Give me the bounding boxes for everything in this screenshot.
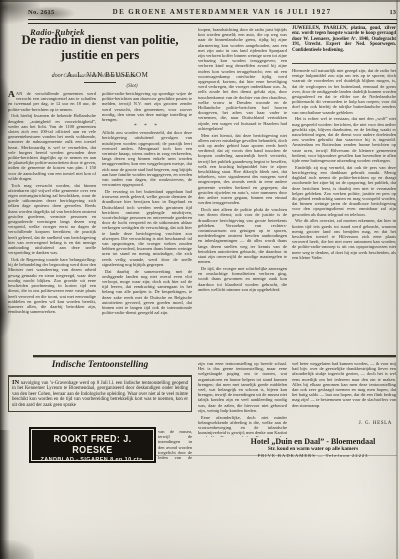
paragraph: Ook de Regeering toonde hare belangstell…: [8, 257, 96, 314]
paragraph: Doch niet alleen de politie plukt de vru…: [198, 207, 287, 264]
masthead: DE GROENE AMSTERDAMMER VAN 16 JULI 1927: [55, 8, 390, 16]
paragraph: politie-radio-berichtgeving op spoedige …: [102, 91, 192, 122]
indische-lead-box: IN navolging van ’s-Gravenhage werd op 8…: [8, 375, 192, 412]
byline: door A. L. VAN BEUSEKOM: [8, 64, 192, 82]
page-header: No. 2615 DE GROENE AMSTERDAMMER VAN 16 J…: [28, 8, 396, 16]
paragraph: van de musea, terwijl de inzendingen in …: [158, 429, 192, 459]
paragraph: Dat daarbij de samenwerking met de omlig…: [102, 269, 192, 316]
indische-column-3: zijn van eene tentoonstelling op breede …: [198, 361, 287, 437]
indische-column-4: wel beter weggelaten had kunnen worden, …: [292, 361, 396, 419]
section-divider-rule: [33, 355, 396, 357]
body-column-1: AAN de verschillende gemeenten werd verz…: [8, 91, 96, 352]
paragraph: Toch mag verwacht worden, dat binnen afz…: [8, 183, 96, 256]
hotel-ad-name: Hotel „Duin en Daal” - Bloemendaal: [236, 437, 390, 446]
column-separator: * * *: [102, 124, 192, 129]
paragraph: Ook hierbij kwamen de bekende Hollandsch…: [8, 113, 96, 181]
scan-artifact: [0, 0, 400, 2]
hotel-ad-amenities: Str. koud en warm water op alle kamers: [236, 446, 390, 453]
roeske-cigar-ad: ROOKT FRED: J. ROESKE ZANDBLAD - SIGAREN…: [31, 429, 154, 461]
dropcap: A: [8, 91, 15, 99]
ad-divider-rule: [292, 63, 396, 64]
jewellery-classified-ad: JUWEELEN, PAARLEN, platina, goud, zilver…: [292, 26, 396, 53]
indische-section-title: Indische Tentoonstelling: [8, 360, 192, 370]
body-column-4: Hiermede wil natuurlijk niet gezegd zijn…: [292, 68, 396, 352]
paragraph: Wie dit alles overziet, zal moeten erken…: [292, 218, 396, 260]
paragraph: loopen, brandstichting door de radio jui…: [198, 27, 287, 131]
header-rule: [28, 19, 397, 24]
byline-role: Commissaris van Politie te Hilversum: [8, 74, 192, 79]
roeske-ad-brand: ROOKT FRED: J. ROESKE: [32, 433, 153, 455]
slot-marker: (Slot): [97, 84, 167, 89]
scan-artifact: [396, 0, 398, 559]
indische-column-2-remnant: van de musea, terwijl de inzendingen in …: [158, 429, 192, 459]
newspaper-page: No. 2615 DE GROENE AMSTERDAMMER VAN 16 J…: [0, 0, 400, 559]
paragraph: De tijd, die vroeger met schriftelijke a…: [198, 266, 287, 292]
issue-number: No. 2615: [28, 9, 55, 16]
paragraph: Allicht zou worden verondersteld, dat do…: [102, 130, 192, 187]
paragraph: AAN de verschillende gemeenten werd verz…: [8, 91, 96, 112]
paragraph: Hiermede wil natuurlijk niet gezegd zijn…: [292, 68, 396, 115]
article-signature: J. G. HESLA: [292, 421, 392, 426]
body-column-3: loopen, brandstichting door de radio jui…: [198, 27, 287, 352]
byline-rule: [84, 82, 116, 83]
page-number: 13: [390, 9, 397, 16]
hotel-ad-contact: PRIVE BADKAMERS — Telefoon 22223: [236, 453, 390, 459]
paragraph: Eene afzonderlijke, doch niet minder bel…: [198, 415, 287, 437]
article-title: De radio in dienst van politie, justitie…: [8, 33, 192, 62]
body-column-2: politie-radio-berichtgeving op spoedige …: [102, 91, 192, 352]
paragraph: wel beter weggelaten had kunnen worden, …: [292, 361, 396, 408]
article-title-line1: De radio in dienst van politie,: [8, 33, 192, 48]
paragraph: Het is echter wel te verstaan, dat met d…: [292, 116, 396, 163]
scan-artifact: [0, 540, 34, 559]
paragraph: Men ziet hieruit, dat deze berichtgeving…: [198, 133, 287, 206]
hotel-duin-en-daal-ad: Hotel „Duin en Daal” - Bloemendaal Str. …: [236, 437, 390, 459]
paragraph: De ervaring in het buitenland opgedaan h…: [102, 189, 192, 267]
paragraph: zijn van eene tentoonstelling op breede …: [198, 361, 287, 413]
article-title-line2: justitie en pers: [8, 48, 192, 63]
roeske-ad-product: ZANDBLAD - SIGAREN 8 en 10 cts.: [32, 457, 153, 463]
paragraph: Eindelijk zij nog vermeld, dat ook de pe…: [292, 165, 396, 217]
